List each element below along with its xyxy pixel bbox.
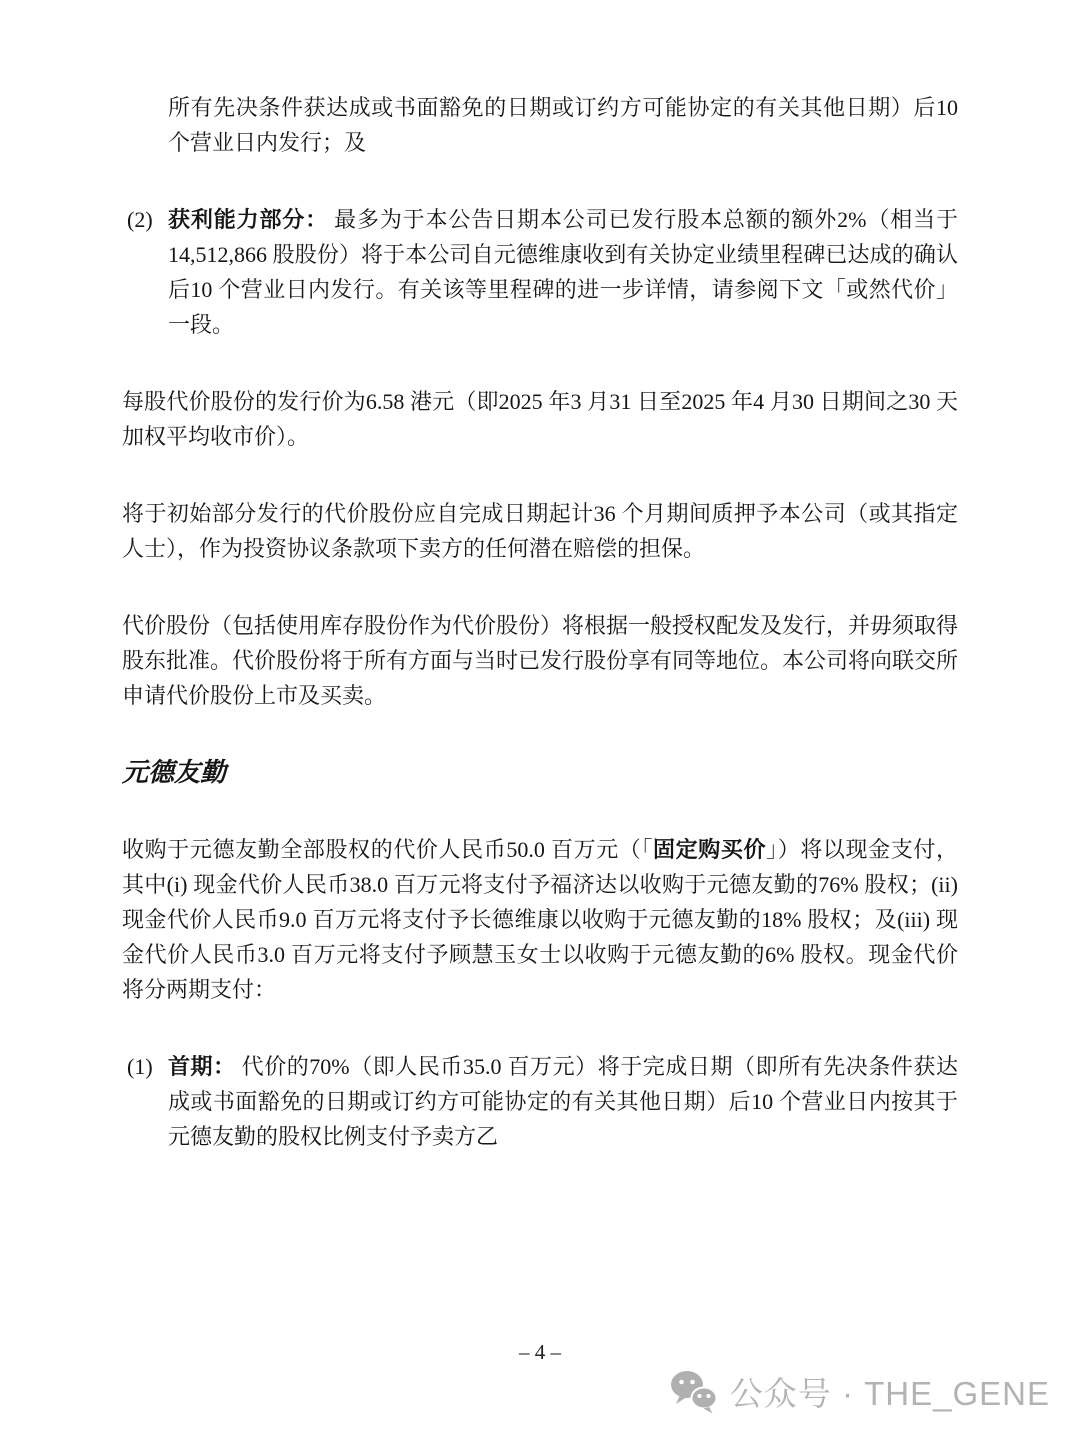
paragraph-pledge: 将于初始部分发行的代价股份应自完成日期起计36 个月期间质押予本公司（或其指定人…	[122, 496, 958, 566]
item-label-bold: 获利能力部分：	[168, 207, 328, 232]
list-item-2: (2) 获利能力部分：最多为于本公告日期本公司已发行股本总额的额外2%（相当于1…	[122, 202, 958, 342]
fixed-purchase-price-bold: 固定购买价	[653, 837, 766, 862]
list-marker: (1)	[127, 1049, 153, 1084]
document-content: 所有先决条件获达成或书面豁免的日期或订约方可能协定的有关其他日期）后10 个营业…	[122, 90, 958, 1196]
paragraph-mandate: 代价股份（包括使用库存股份作为代价股份）将根据一般授权配发及发行，并毋须取得股东…	[122, 608, 958, 713]
list-item-1: (1) 首期：代价的70%（即人民币35.0 百万元）将于完成日期（即所有先决条…	[122, 1049, 958, 1154]
wechat-icon	[670, 1370, 718, 1414]
item-label-bold: 首期：	[168, 1054, 236, 1079]
paragraph-acquisition: 收购于元德友勤全部股权的代价人民币50.0 百万元（「固定购买价」）将以现金支付…	[122, 832, 958, 1007]
list-item-continuation: 所有先决条件获达成或书面豁免的日期或订约方可能协定的有关其他日期）后10 个营业…	[122, 90, 958, 160]
paragraph-issue-price: 每股代价股份的发行价为6.58 港元（即2025 年3 月31 日至2025 年…	[122, 384, 958, 454]
section-heading-yuande-youqin: 元德友勤	[122, 755, 958, 790]
paragraph-text: 代价的70%（即人民币35.0 百万元）将于完成日期（即所有先决条件获达成或书面…	[168, 1054, 958, 1149]
page-number: – 4 –	[0, 1340, 1080, 1365]
watermark: 公众号 · THE_GENE	[670, 1368, 1050, 1415]
list-marker: (2)	[127, 202, 153, 237]
paragraph-text: 所有先决条件获达成或书面豁免的日期或订约方可能协定的有关其他日期）后10 个营业…	[168, 95, 958, 155]
document-page: 所有先决条件获达成或书面豁免的日期或订约方可能协定的有关其他日期）后10 个营业…	[0, 0, 1080, 1440]
paragraph-text: 收购于元德友勤全部股权的代价人民币50.0 百万元（「	[122, 837, 653, 862]
watermark-text: 公众号 · THE_GENE	[730, 1368, 1050, 1415]
